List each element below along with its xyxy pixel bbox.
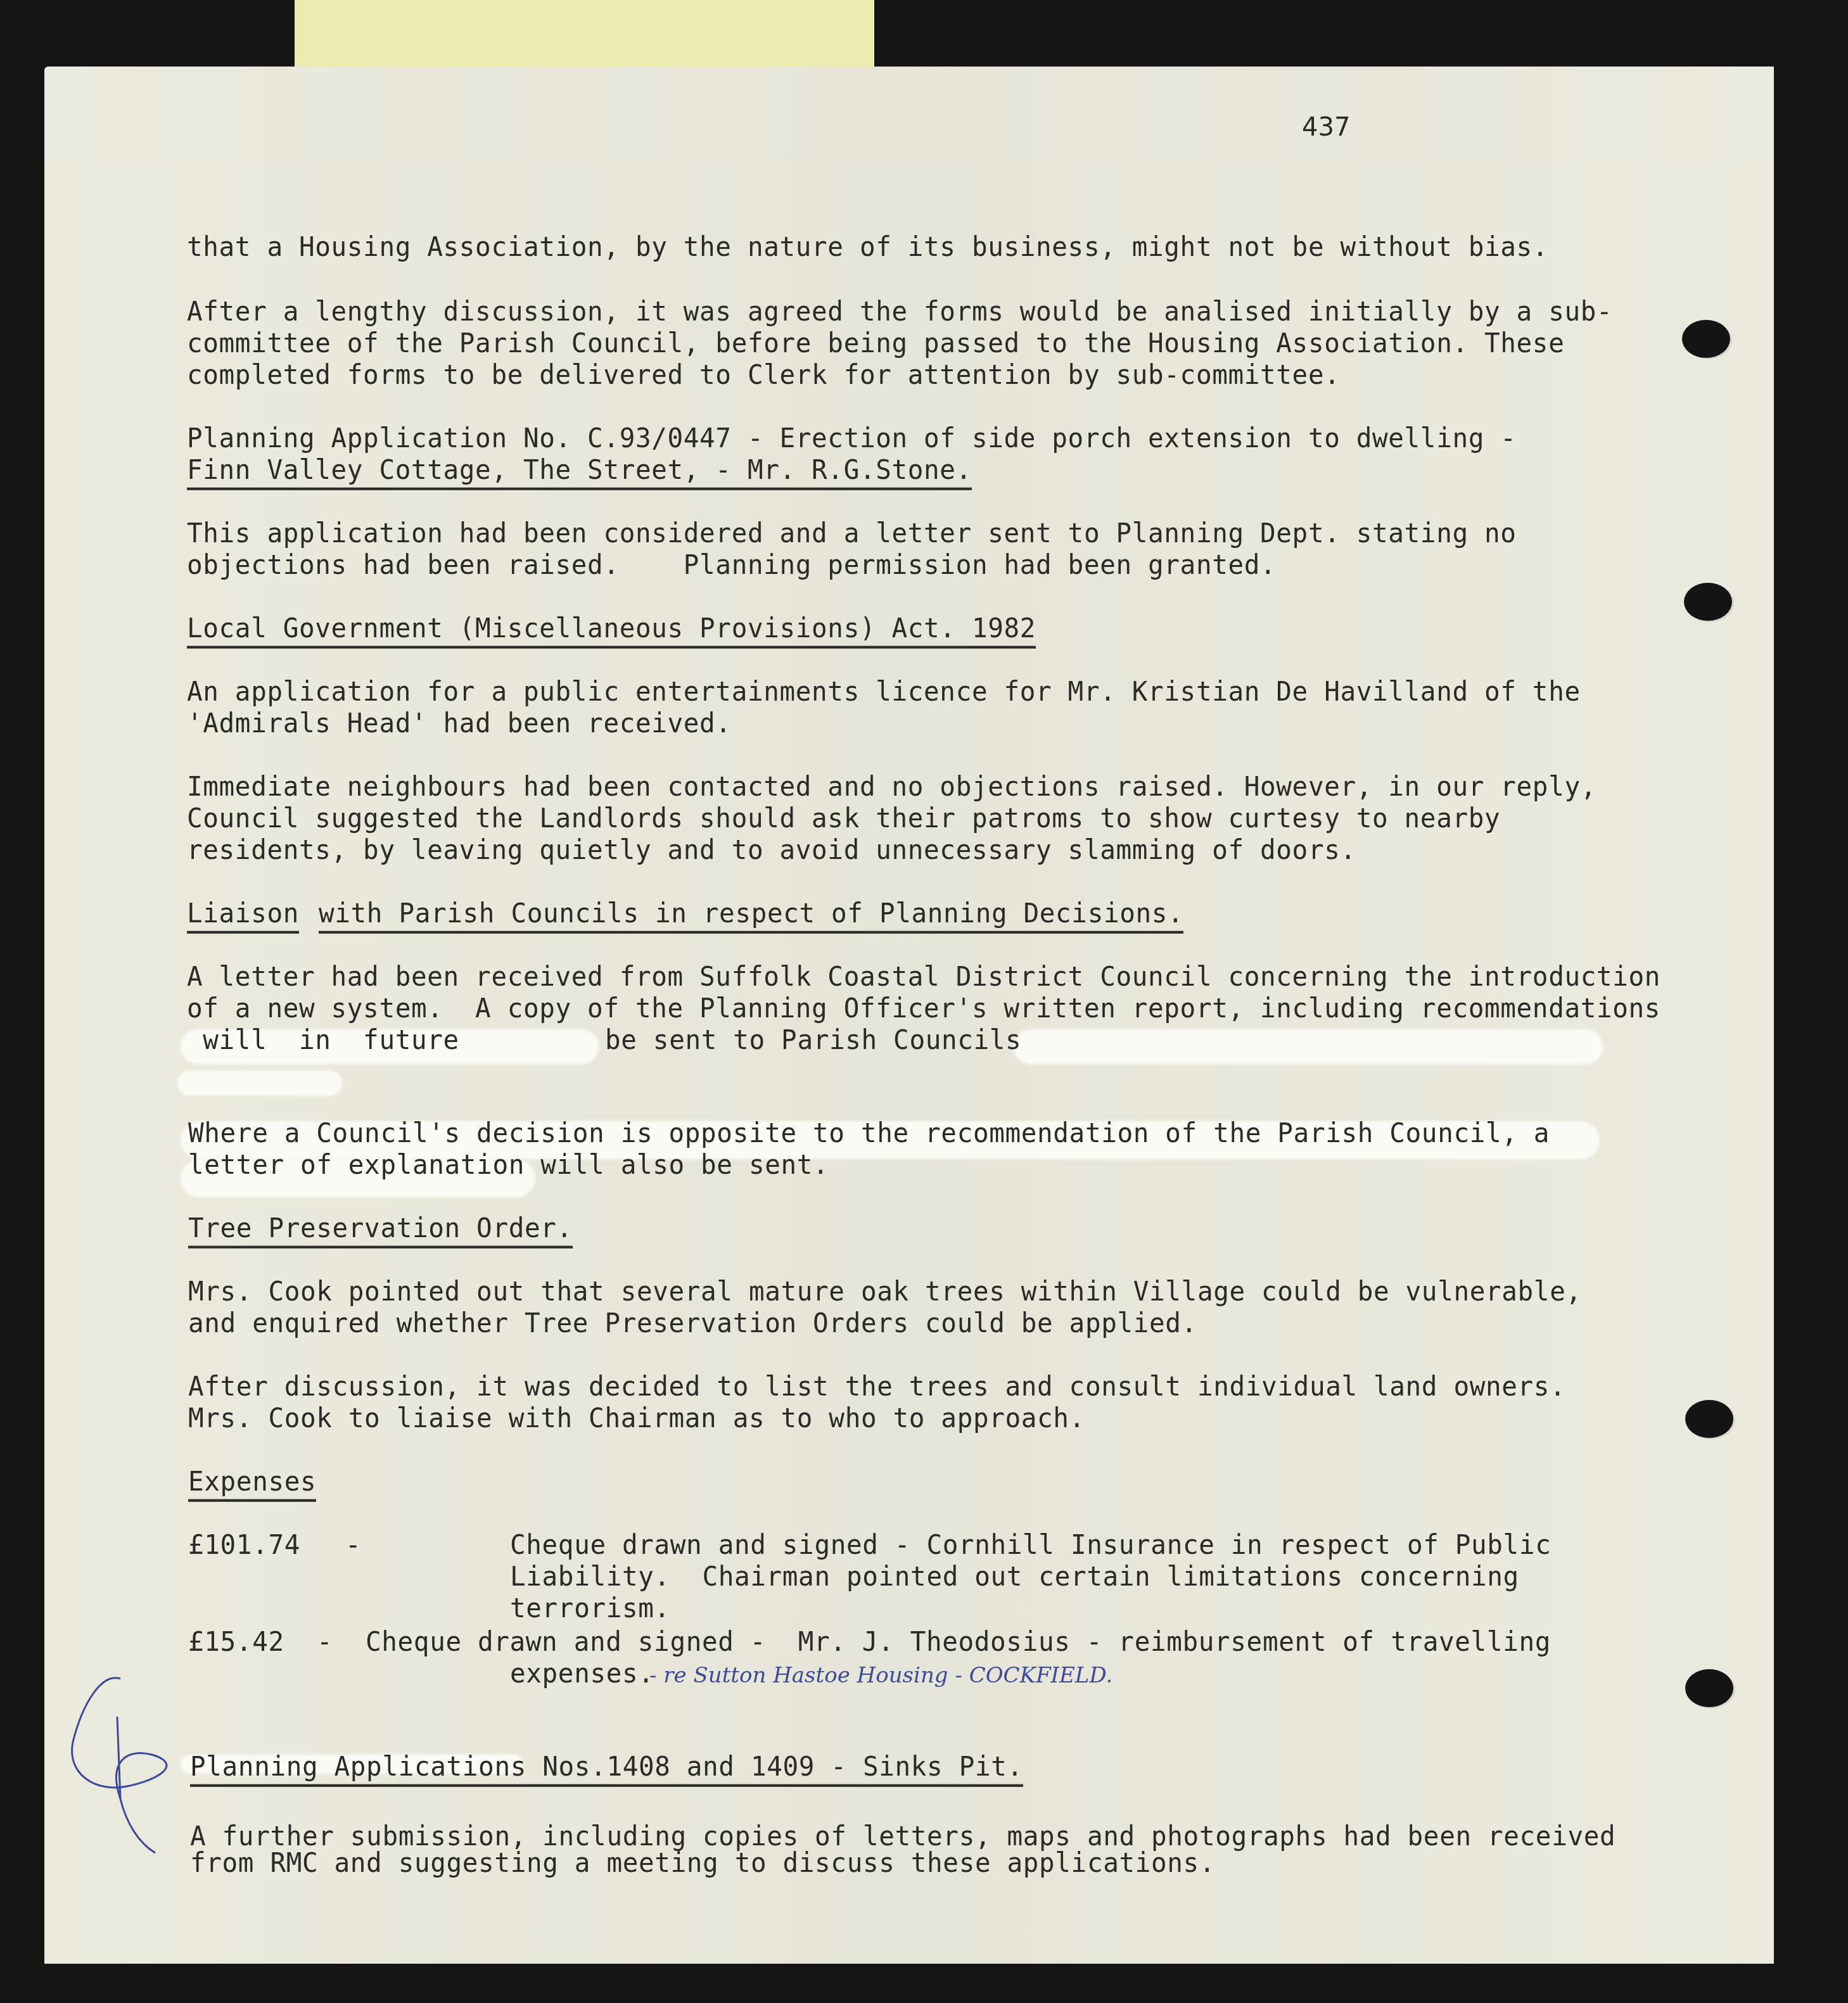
- paragraph-line: of a new system. A copy of the Planning …: [187, 991, 1660, 1025]
- section-heading-liaison: Liaison: [187, 896, 299, 934]
- expense-description: expenses.: [510, 1656, 654, 1690]
- paragraph-line: and enquired whether Tree Preservation O…: [188, 1306, 1197, 1340]
- section-heading-expenses: Expenses: [188, 1465, 316, 1502]
- punch-hole: [1685, 1669, 1733, 1707]
- punch-hole: [1685, 1400, 1733, 1438]
- expense-amount: £101.74: [188, 1528, 300, 1561]
- expense-dash: -: [345, 1528, 361, 1561]
- section-heading-sinks-pit: Planning Applications Nos.1408 and 1409 …: [190, 1750, 1023, 1787]
- paragraph-line: that a Housing Association, by the natur…: [187, 230, 1548, 264]
- paragraph-line: letter of explanation will also be sent.: [188, 1148, 829, 1181]
- paragraph-line: be sent to Parish Councils: [605, 1023, 1021, 1057]
- paragraph-line: Mrs. Cook pointed out that several matur…: [188, 1275, 1582, 1308]
- paragraph-line: A letter had been received from Suffolk …: [187, 960, 1660, 993]
- page-number: 437: [1302, 113, 1350, 142]
- paragraph-line: An application for a public entertainmen…: [187, 675, 1581, 708]
- handwritten-margin-mark: [63, 1666, 203, 1856]
- expense-amount: £15.42: [188, 1625, 284, 1658]
- expense-description: Cheque drawn and signed - Mr. J. Theodos…: [366, 1625, 1551, 1658]
- paragraph-line: from RMC and suggesting a meeting to dis…: [190, 1846, 1215, 1879]
- expense-dash: -: [317, 1625, 333, 1658]
- planning-heading-line: Planning Application No. C.93/0447 - Ere…: [187, 421, 1517, 455]
- sticky-note: [295, 0, 874, 68]
- paragraph-line: Council suggested the Landlords should a…: [187, 801, 1500, 835]
- punch-hole: [1682, 320, 1730, 358]
- expense-description: Cheque drawn and signed - Cornhill Insur…: [510, 1528, 1551, 1561]
- paragraph-line: Immediate neighbours had been contacted …: [187, 770, 1596, 803]
- section-heading-liaison-cont: with Parish Councils in respect of Plann…: [319, 896, 1183, 934]
- punch-hole: [1684, 583, 1732, 621]
- paragraph-line: Mrs. Cook to liaise with Chairman as to …: [188, 1401, 1085, 1435]
- paragraph-line: objections had been raised. Planning per…: [187, 548, 1276, 582]
- planning-heading-underlined: Finn Valley Cottage, The Street, - Mr. R…: [187, 453, 972, 490]
- paragraph-line: 'Admirals Head' had been received.: [187, 706, 732, 740]
- handwritten-annotation: - re Sutton Hastoe Housing - COCKFIELD.: [649, 1663, 1112, 1688]
- expense-description: terrorism.: [510, 1591, 670, 1625]
- paragraph-line: This application had been considered and…: [187, 516, 1517, 550]
- paragraph-line: Where a Council's decision is opposite t…: [188, 1116, 1550, 1150]
- correction-fluid: [1014, 1029, 1603, 1064]
- paragraph-line: After discussion, it was decided to list…: [188, 1370, 1565, 1403]
- paragraph-line: will in future: [187, 1023, 459, 1057]
- paragraph-line: residents, by leaving quietly and to avo…: [187, 833, 1356, 867]
- section-heading-tree-preservation: Tree Preservation Order.: [188, 1211, 573, 1249]
- expense-description: Liability. Chairman pointed out certain …: [510, 1560, 1519, 1593]
- section-heading-local-government: Local Government (Miscellaneous Provisio…: [187, 611, 1036, 649]
- paragraph-line: committee of the Parish Council, before …: [187, 326, 1564, 360]
- paragraph-line: After a lengthy discussion, it was agree…: [187, 295, 1612, 328]
- paragraph-line: completed forms to be delivered to Clerk…: [187, 358, 1340, 391]
- correction-fluid: [177, 1071, 342, 1096]
